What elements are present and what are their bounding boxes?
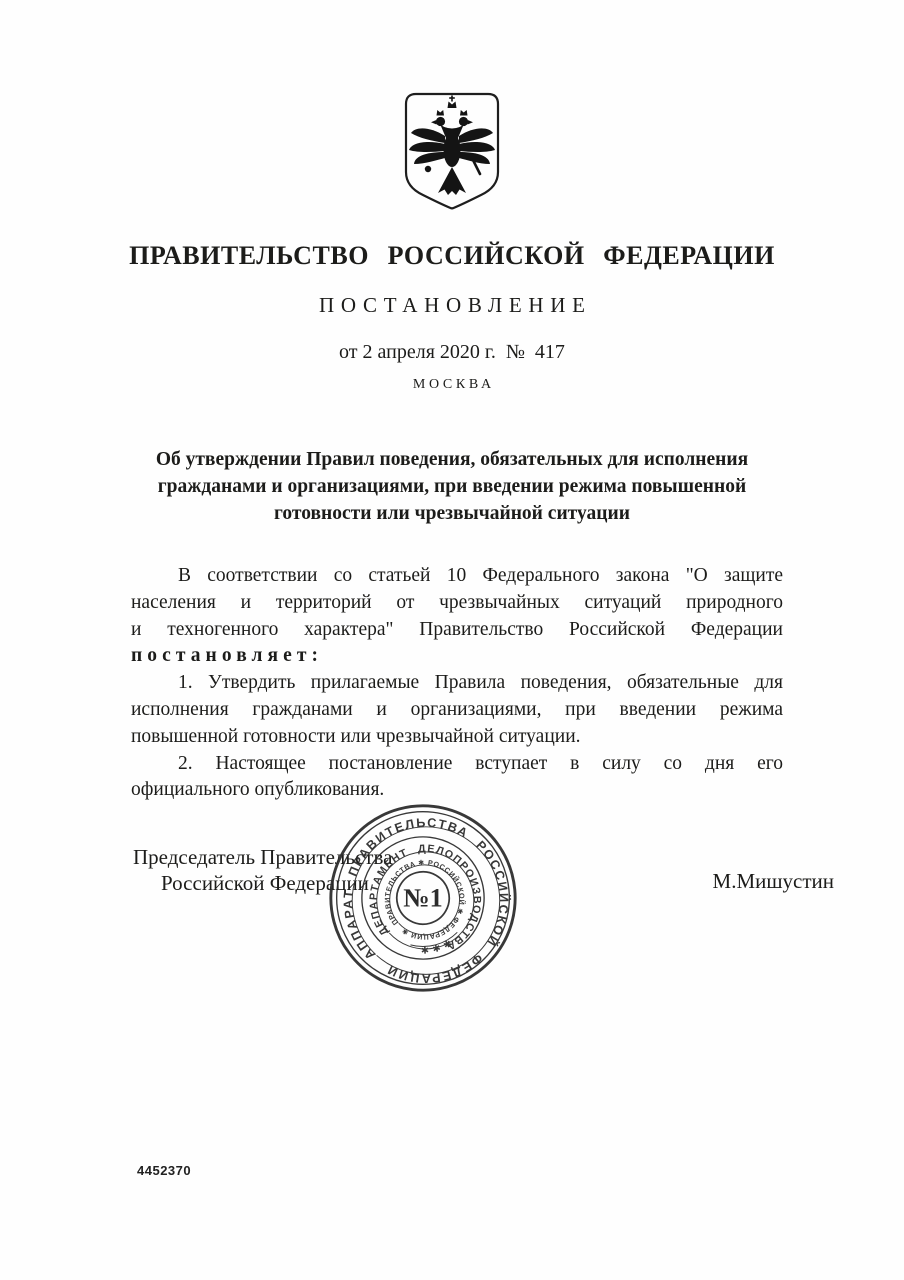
signer-name: М.Мишустин bbox=[713, 869, 834, 894]
body-line: В соответствии со статьей 10 Федеральног… bbox=[131, 563, 783, 590]
stamp-icon: АППАРАТ ПРАВИТЕЛЬСТВА РОССИЙСКОЙ ФЕДЕРАЦ… bbox=[326, 801, 520, 995]
stamp-number: №1 bbox=[403, 884, 442, 913]
body-line: населения и территорий от чрезвычайных с… bbox=[131, 590, 783, 617]
body-line: повышенной готовности или чрезвычайной с… bbox=[131, 724, 783, 751]
decree-word: постановляет: bbox=[131, 643, 783, 670]
decree-document-page: ПРАВИТЕЛЬСТВО РОССИЙСКОЙ ФЕДЕРАЦИИ ПОСТА… bbox=[0, 0, 904, 1280]
body-line: 2. Настоящее постановление вступает в си… bbox=[131, 751, 783, 778]
coat-of-arms bbox=[399, 88, 505, 211]
eagle-silhouette bbox=[409, 96, 495, 196]
body-line: 1. Утвердить прилагаемые Правила поведен… bbox=[131, 670, 783, 697]
official-round-stamp: АППАРАТ ПРАВИТЕЛЬСТВА РОССИЙСКОЙ ФЕДЕРАЦ… bbox=[326, 801, 520, 995]
paragraph-preamble: В соответствии со статьей 10 Федеральног… bbox=[131, 563, 783, 670]
government-title: ПРАВИТЕЛЬСТВО РОССИЙСКОЙ ФЕДЕРАЦИИ bbox=[0, 241, 904, 271]
city-label: МОСКВА bbox=[0, 377, 904, 393]
body-line: исполнения гражданами и организациями, п… bbox=[131, 697, 783, 724]
document-title: Об утверждении Правил поведения, обязате… bbox=[0, 446, 904, 527]
date-and-number-line: от 2 апреля 2020 г. № 417 bbox=[0, 341, 904, 364]
body-line: и техногенного характера" Правительство … bbox=[131, 617, 783, 644]
document-type-label: ПОСТАНОВЛЕНИЕ bbox=[0, 293, 904, 318]
document-title-line: готовности или чрезвычайной ситуации bbox=[0, 500, 904, 527]
document-body: В соответствии со статьей 10 Федеральног… bbox=[131, 563, 783, 804]
document-title-line: Об утверждении Правил поведения, обязате… bbox=[0, 446, 904, 473]
document-title-line: гражданами и организациями, при введении… bbox=[0, 473, 904, 500]
paragraph-item-1: 1. Утвердить прилагаемые Правила поведен… bbox=[131, 670, 783, 750]
double-headed-eagle-icon bbox=[399, 88, 505, 211]
document-code: 4452370 bbox=[137, 1163, 191, 1178]
paragraph-item-2: 2. Настоящее постановление вступает в си… bbox=[131, 751, 783, 805]
